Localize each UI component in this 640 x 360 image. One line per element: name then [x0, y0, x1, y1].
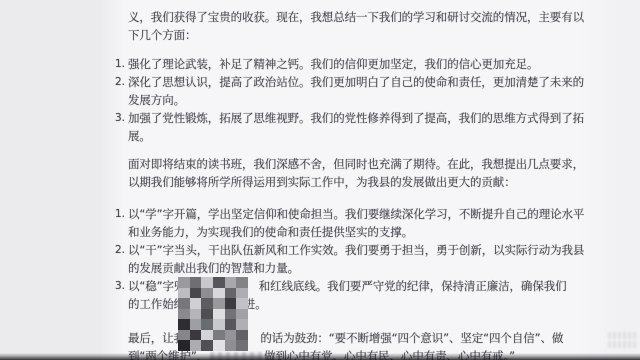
- watermark-mark: [608, 341, 638, 348]
- censor-tile: [190, 309, 202, 320]
- list-item-line: 1.以“学”字开篇，学出坚定信仰和使命担当。我们要继续深化学习，不断提升自己的理…: [128, 205, 606, 223]
- censor-tile: [190, 340, 202, 351]
- list-item-text: 加强了党性锻炼，拓展了思维视野。我们的党性修养得到了提高，我们的思维方式得到了拓: [128, 111, 584, 125]
- list-item-line: 3.加强了党性锻炼，拓展了思维视野。我们的党性修养得到了提高，我们的思维方式得到…: [128, 109, 606, 127]
- censor-tile: [201, 298, 213, 309]
- list-item-line: 展。: [128, 127, 606, 145]
- watermark-mark: [608, 332, 638, 339]
- censor-tile: [236, 330, 248, 341]
- censor-tile: [213, 277, 225, 288]
- censor-tile: [178, 277, 190, 288]
- censor-tile: [213, 319, 225, 330]
- text-line: 以期我们能够将所学所得运用到实际工作中，为我县的发展做出更大的贡献：: [128, 173, 606, 191]
- censor-tile: [213, 330, 225, 341]
- letterbox-bar: [0, 353, 640, 360]
- censor-tile: [178, 330, 190, 341]
- censor-tile: [190, 277, 202, 288]
- text-line: 下几个方面：: [128, 26, 606, 44]
- censor-tile: [213, 340, 225, 351]
- list-item-line: 2.深化了思想认识，提高了政治站位。我们更加明白了自己的使命和责任，更加清楚了未…: [128, 73, 606, 91]
- censor-tile: [236, 309, 248, 320]
- censor-tile: [201, 277, 213, 288]
- censor-tile: [178, 288, 190, 299]
- censor-tile: [225, 277, 237, 288]
- list-number: 3.: [115, 277, 125, 295]
- list-item-line: 1.强化了理论武装，补足了精神之钙。我们的信仰更加坚定，我们的信心更加充足。: [128, 55, 606, 73]
- censor-tile: [201, 288, 213, 299]
- document-page: 义，我们获得了宝贵的收获。现在，我想总结一下我们的学习和研讨交流的情况，主要有以…: [0, 0, 640, 360]
- censor-tile: [225, 319, 237, 330]
- censor-tile: [213, 309, 225, 320]
- list-item-line: 和业务能力，为实现我们的使命和责任提供坚实的支撑。: [128, 223, 606, 241]
- censor-tile: [236, 277, 248, 288]
- censor-tile: [201, 319, 213, 330]
- paragraph-text: 的话为鼓劲：“要不断增强“四个意识”、坚定“四个自信”、做: [260, 331, 563, 345]
- censor-tile: [225, 288, 237, 299]
- list-item-text: 深化了思想认识，提高了政治站位。我们更加明白了自己的使命和责任，更加清楚了未来的: [128, 75, 584, 89]
- list-item-text: 和红线底线。我们要严守党的纪律，保持清正廉洁，确保我们: [259, 279, 567, 293]
- censor-tile: [201, 340, 213, 351]
- list-number: 2.: [115, 73, 125, 91]
- censor-tile: [178, 309, 190, 320]
- censor-tile: [190, 298, 202, 309]
- list-item-line: 发展方向。: [128, 91, 606, 109]
- censor-tile: [225, 309, 237, 320]
- list-item-line: 的发展贡献出我们的智慧和力量。: [128, 259, 606, 277]
- censor-tile: [201, 309, 213, 320]
- list-number: 3.: [115, 109, 125, 127]
- censor-tile: [201, 330, 213, 341]
- censor-tile: [236, 340, 248, 351]
- censor-tile: [236, 298, 248, 309]
- censor-mosaic: [178, 277, 248, 351]
- censor-tile: [236, 319, 248, 330]
- text-line: 义，我们获得了宝贵的收获。现在，我想总结一下我们的学习和研讨交流的情况，主要有以: [128, 8, 606, 26]
- censor-tile: [213, 288, 225, 299]
- list-item-line: 2.以“干”字当头，干出队伍新风和工作实效。我们要勇于担当，勇于创新，以实际行动…: [128, 241, 606, 259]
- text-line: 面对即将结束的读书班，我们深感不舍，但同时也充满了期待。在此，我想提出几点要求，: [128, 155, 606, 173]
- list-item-text: 以“学”字开篇，学出坚定信仰和使命担当。我们要继续深化学习，不断提升自己的理论水…: [128, 207, 584, 221]
- list-number: 2.: [115, 241, 125, 259]
- censor-tile: [213, 298, 225, 309]
- censor-tile: [190, 288, 202, 299]
- list-item-text: 以“干”字当头，干出队伍新风和工作实效。我们要勇于担当，勇于创新，以实际行动为我…: [128, 243, 584, 257]
- censor-tile: [225, 330, 237, 341]
- censor-tile: [178, 298, 190, 309]
- censor-tile: [178, 319, 190, 330]
- censor-tile: [190, 330, 202, 341]
- censor-tile: [225, 340, 237, 351]
- list-item-text: 强化了理论武装，补足了精神之钙。我们的信仰更加坚定，我们的信心更加充足。: [128, 57, 538, 71]
- censor-tile: [178, 340, 190, 351]
- list-number: 1.: [115, 55, 125, 73]
- censor-tile: [190, 319, 202, 330]
- censor-tile: [225, 298, 237, 309]
- watermark: [608, 330, 638, 352]
- list-number: 1.: [115, 205, 125, 223]
- video-frame: 义，我们获得了宝贵的收获。现在，我想总结一下我们的学习和研讨交流的情况，主要有以…: [0, 0, 640, 360]
- censor-tile: [236, 288, 248, 299]
